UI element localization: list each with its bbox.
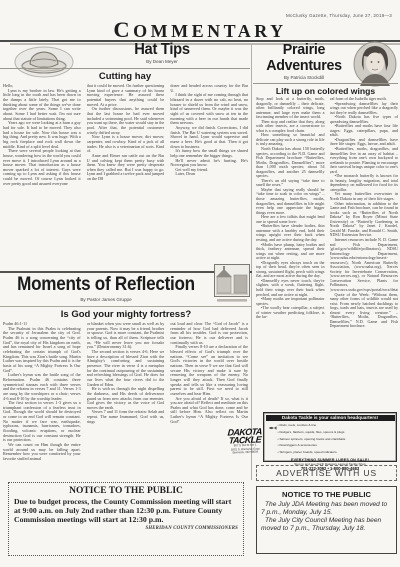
- prairie-adventures-byline: By Patricia Stockdill: [253, 75, 355, 80]
- hat-tips-column-1: Hello,Lynn is my brother in law. He's ge…: [3, 84, 81, 264]
- dakota-logo-word-2: TACKLE: [227, 436, 264, 445]
- prairie-article: Stop and look at a butterfly, moth, drag…: [256, 97, 398, 411]
- author-photo: [353, 41, 397, 87]
- reflection-article: Psalm 46:1-11The Psalmist in this Psalm …: [3, 322, 248, 479]
- reflection-title: Moments of Reflection: [11, 274, 202, 296]
- prairie-column-2: val form of the Isabella tiger moth.•Spr…: [330, 97, 399, 411]
- prairie-adventures-title-line1: Prairie: [257, 41, 350, 58]
- reflection-column-2: or blanket when you were small as well a…: [87, 322, 165, 479]
- newspaper-page: McClusky Gazette, Thursday, June 27, 201…: [0, 0, 400, 567]
- hat-tips-article: Hello,Lynn is my brother in law. He's ge…: [3, 84, 248, 264]
- reflection-column-3: out loud and clear. The “God of Jacob” i…: [170, 322, 248, 479]
- section-divider: [251, 44, 252, 480]
- city-notice-box: NOTICE TO THE PUBLIC The July JDA Meetin…: [256, 486, 397, 554]
- church-thumbnail-image: [214, 264, 250, 306]
- hat-tips-byline: By Dean Meyer: [76, 59, 248, 64]
- dakota-ad-headline: Dakota Tackle is your salmon headquarter…: [266, 415, 395, 421]
- dakota-ad-bullets: • Rods, reels, combos & line• Dodgers, f…: [278, 424, 393, 455]
- city-notice-header: NOTICE TO THE PUBLIC: [261, 490, 392, 499]
- hat-tips-column-3: dozer and headed across country for the …: [170, 84, 248, 264]
- hat-tips-column-2: that it could be moved. On further quest…: [87, 84, 165, 264]
- fish-icon: [268, 425, 277, 431]
- hat-tips-headline: Cutting hay: [0, 71, 250, 82]
- reflection-headline: Is God your mighty fortress?: [0, 309, 252, 320]
- prairie-column-1: Stop and look at a butterfly, moth, drag…: [256, 97, 325, 411]
- advertise-with-us-banner: ADVERTISE WITH US: [256, 465, 397, 481]
- prairie-rule: [253, 83, 398, 84]
- county-notice-body: Due to budget process, the County Commis…: [14, 497, 238, 525]
- prairie-adventures-title-line2: Adventures: [257, 57, 350, 74]
- reflection-column-1: Psalm 46:1-11The Psalmist in this Psalm …: [3, 322, 81, 479]
- hat-tips-title: Hat Tips: [83, 41, 241, 59]
- dakota-tackle-ad: Dakota Tackle is your salmon headquarter…: [263, 412, 397, 462]
- dakota-tackle-logo: DAKOTA TACKLE 807 S 3rd St Ste 1 1801 S.…: [227, 427, 264, 455]
- dakota-address-line-3: Bismarck, ND 58504: [227, 451, 263, 456]
- county-notice-box: NOTICE TO THE PUBLIC Due to budget proce…: [8, 482, 244, 556]
- county-notice-header: NOTICE TO THE PUBLIC: [14, 486, 238, 496]
- reflection-byline: By Pastor James Gruppe: [0, 297, 212, 302]
- hat-tips-rule: [0, 68, 250, 69]
- reflection-bottom-rule: [0, 306, 252, 307]
- prairie-headline: Lift up on colored wings: [253, 86, 398, 96]
- city-notice-body: The July JDA Meeting has been moved to 7…: [261, 501, 392, 534]
- county-notice-signature: SHERIDAN COUNTY COMMISSIONERS: [14, 526, 238, 531]
